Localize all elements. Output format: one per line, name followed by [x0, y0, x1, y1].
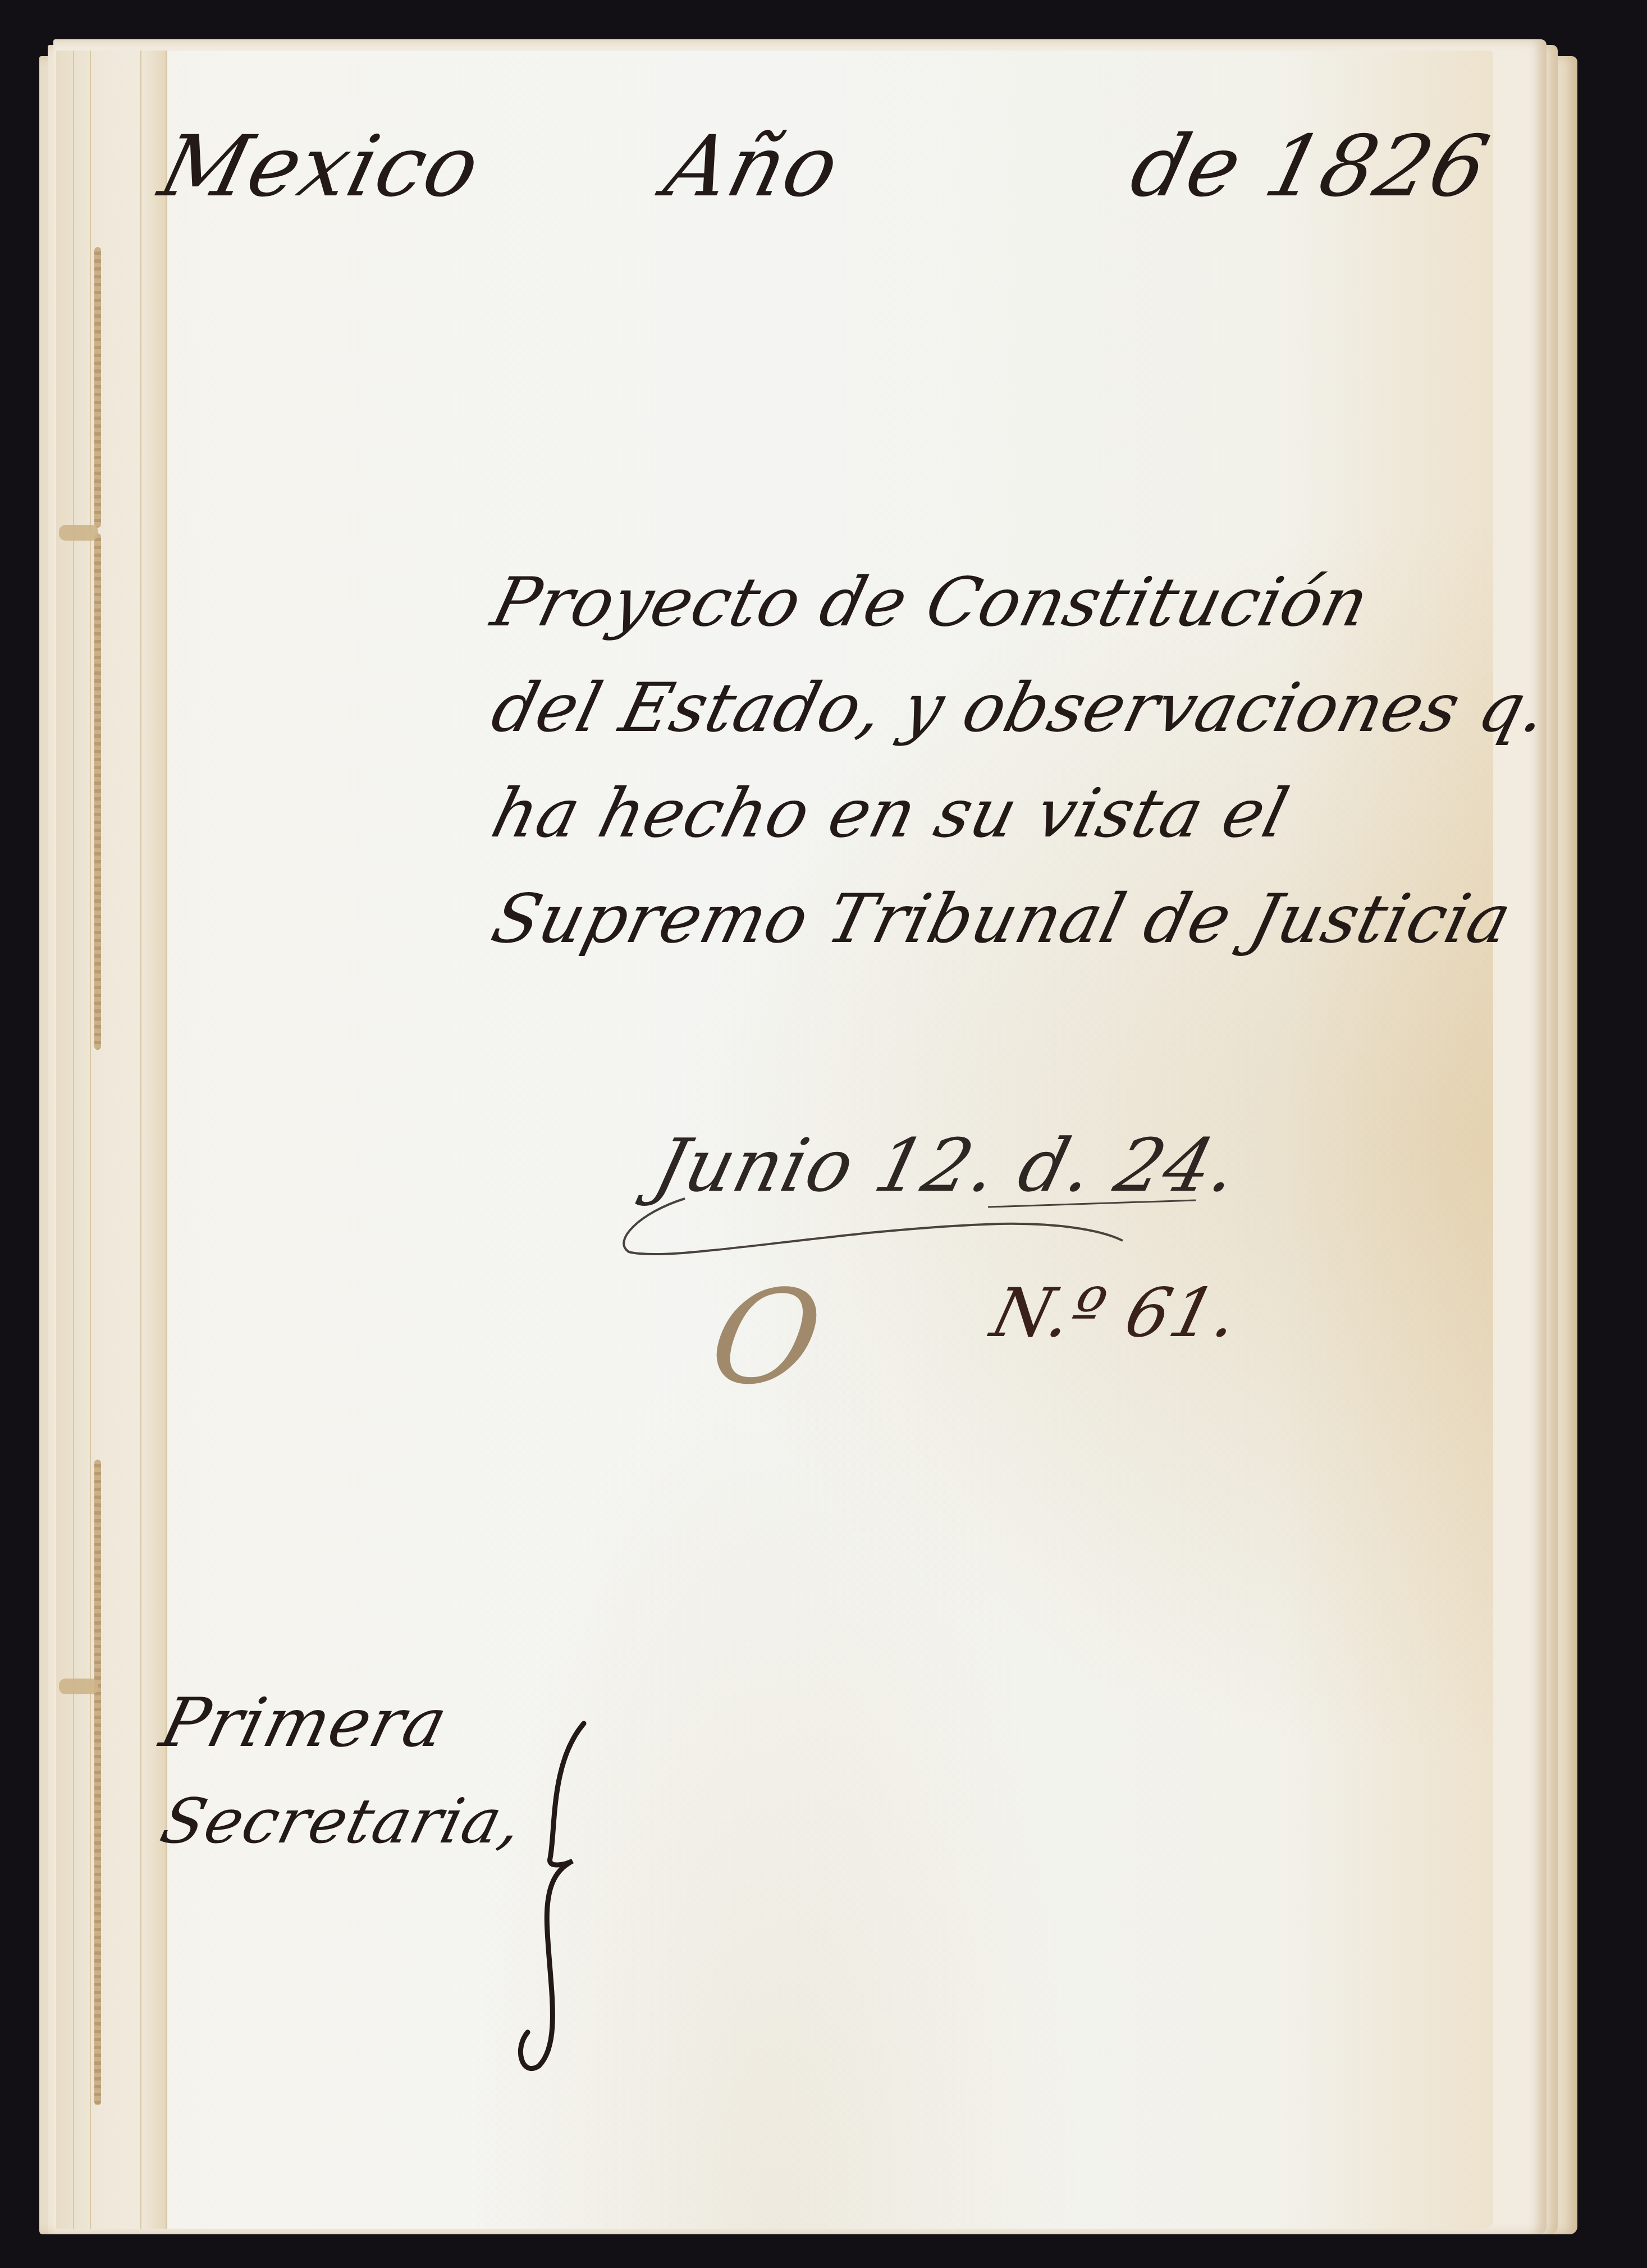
underline-flourish-icon: [606, 1196, 1196, 1263]
curly-brace-icon: [516, 1718, 595, 2077]
title-line: Supremo Tribunal de Justicia: [481, 867, 1518, 972]
header-place: Mexico: [150, 118, 490, 216]
sheet-edge-line: [73, 51, 74, 2229]
department-line-1: Primera: [153, 1684, 456, 1762]
binding-thread: [94, 247, 101, 528]
file-number: N.º 61.: [984, 1274, 1248, 1352]
sheet-edge-line: [90, 51, 91, 2229]
department-line-2: Secretaria,: [154, 1785, 531, 1857]
thread-knot: [59, 525, 98, 541]
bound-spine: [56, 51, 167, 2229]
title-line: del Estado, y observaciones q.: [481, 656, 1518, 761]
binding-thread: [94, 533, 101, 1050]
title-line: ha hecho en su vista el: [481, 761, 1518, 867]
thread-knot: [59, 1679, 98, 1694]
header-year: de 1826: [1122, 118, 1499, 216]
header-year-label: Año: [656, 118, 849, 216]
sheet-edge-line: [140, 51, 141, 2229]
binding-thread: [94, 1460, 101, 2105]
document-title: Proyecto de Constitución del Estado, y o…: [494, 550, 1504, 972]
title-line: Proyecto de Constitución: [481, 550, 1518, 656]
